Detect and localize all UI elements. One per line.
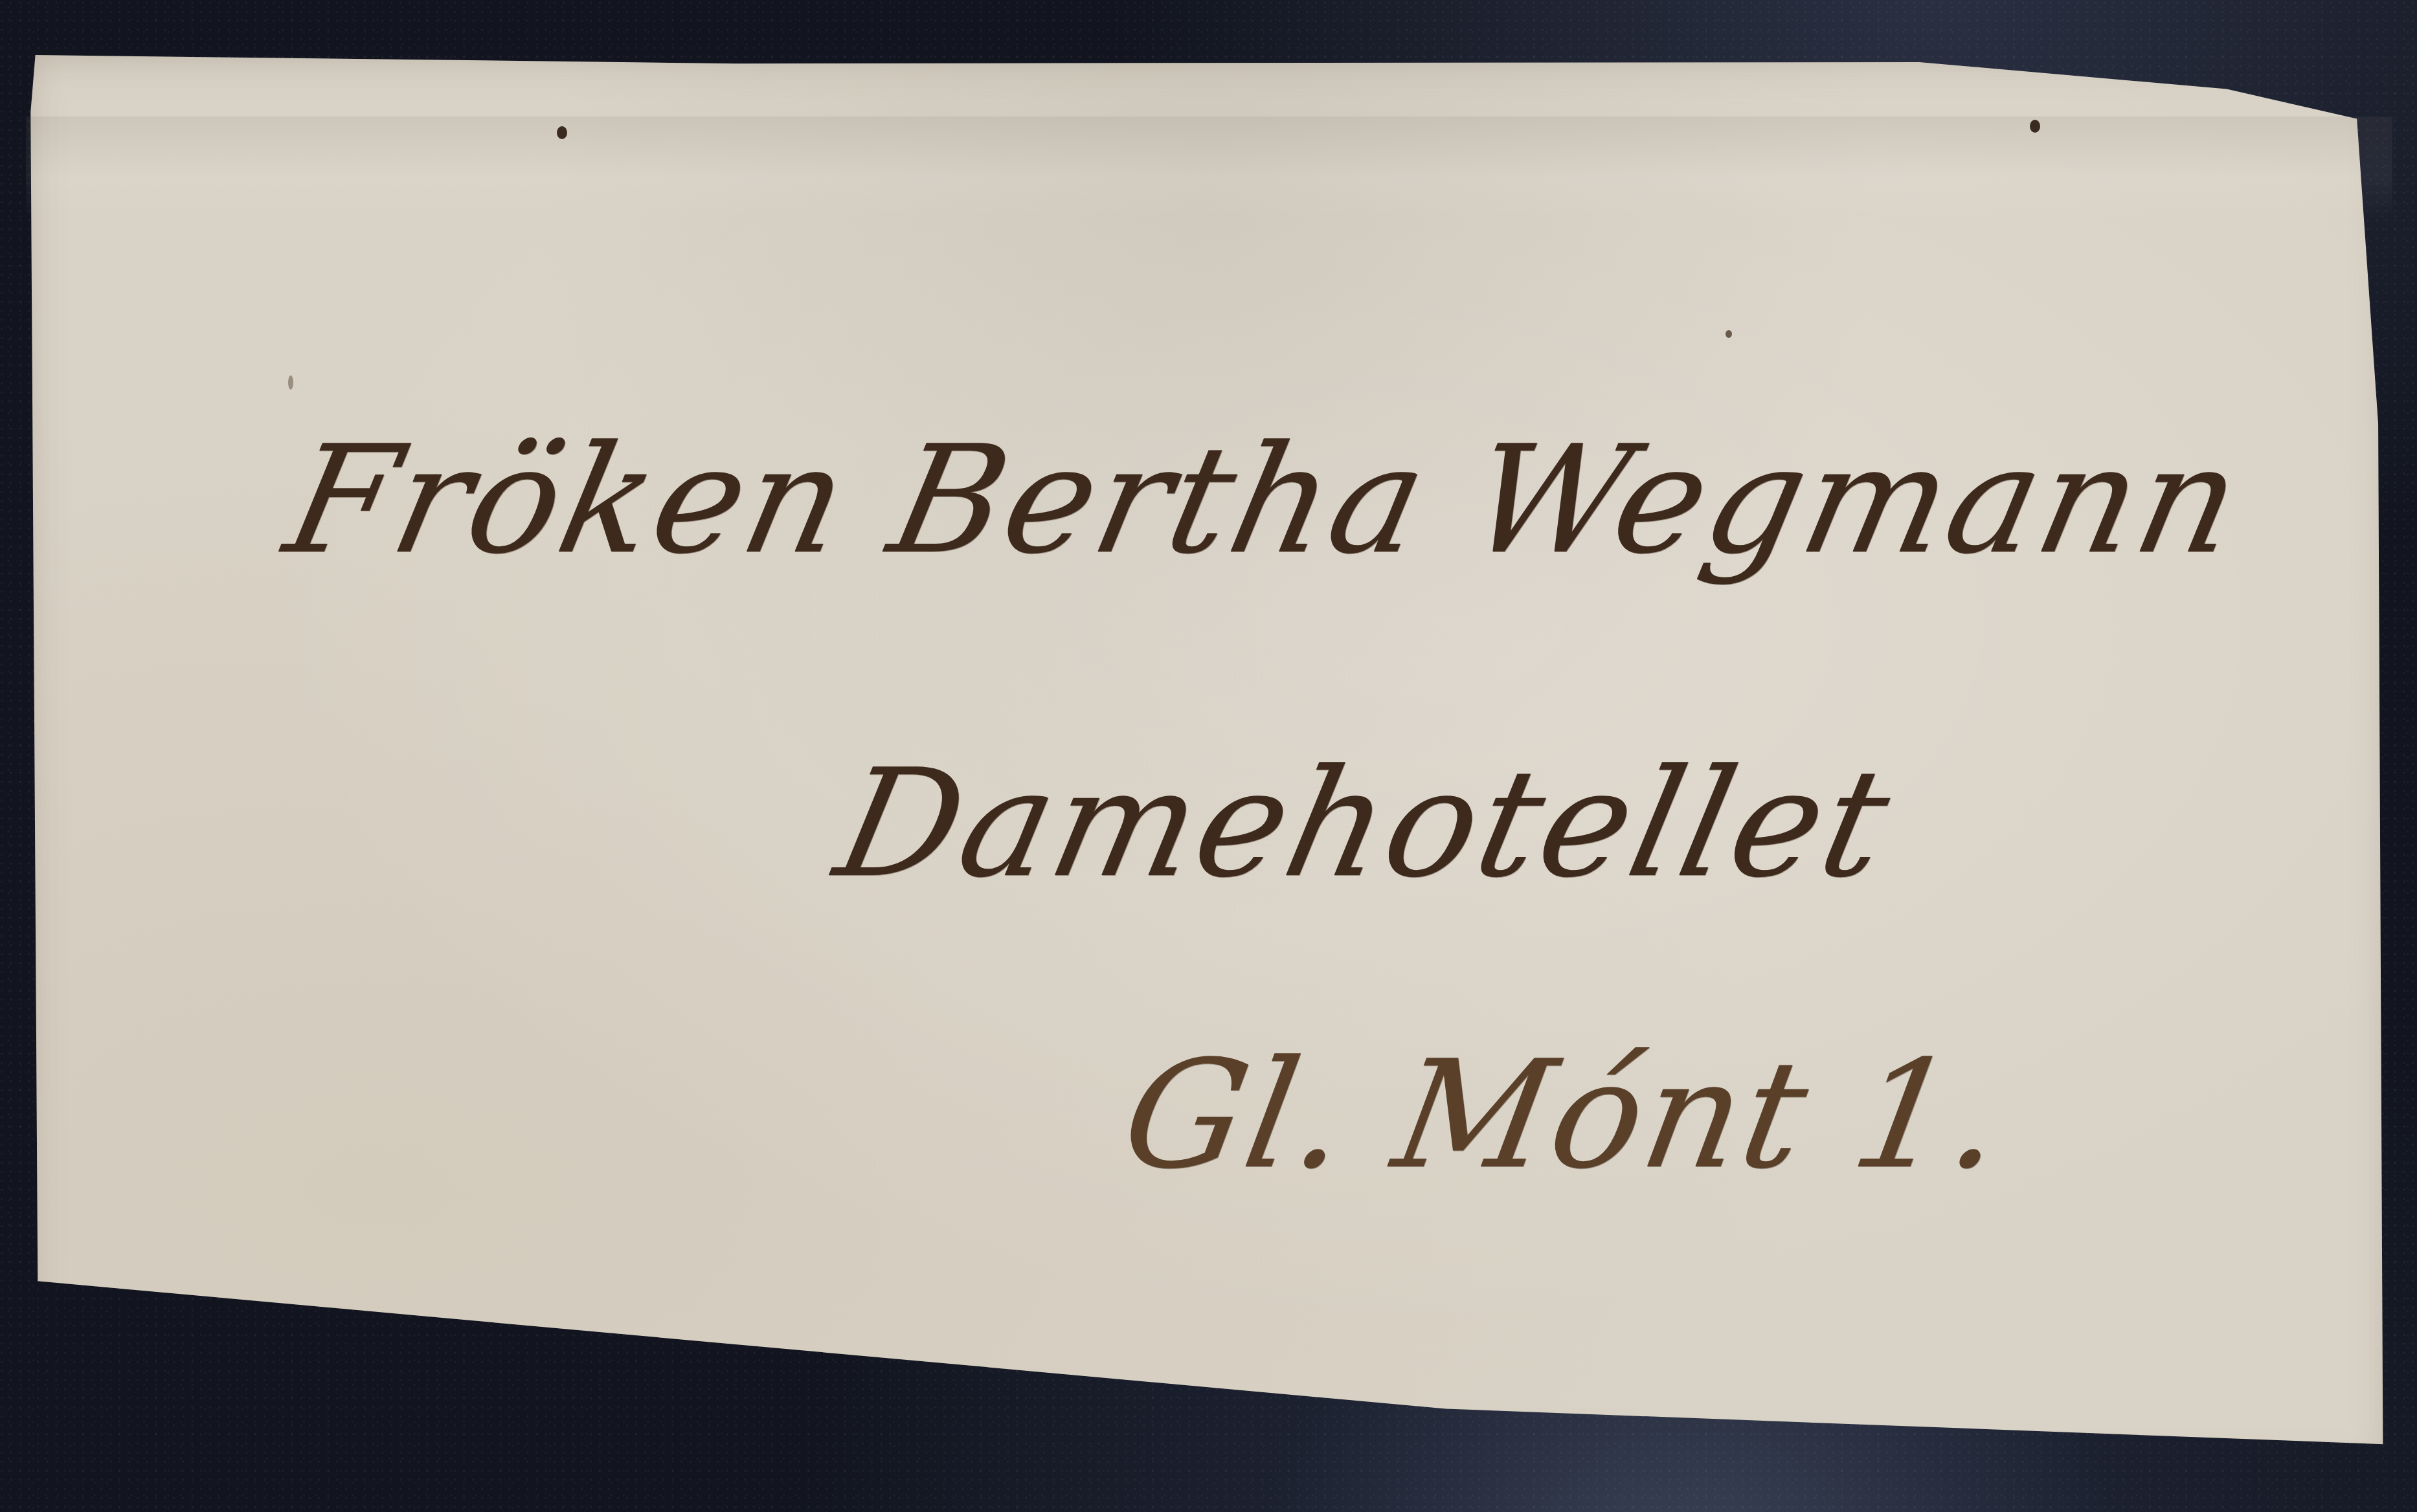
pin-hole	[1726, 330, 1732, 338]
recipient-name: Fröken Bertha Wegmann	[273, 414, 2257, 587]
punch-hole-right	[2030, 120, 2040, 133]
punch-hole-left	[557, 126, 567, 139]
recipient-street: Gl. Mónt 1.	[1111, 1029, 2019, 1202]
recipient-hotel: Damehotellet	[824, 738, 1905, 911]
envelope-fold-crease	[26, 117, 2392, 220]
pin-hole	[288, 375, 293, 390]
